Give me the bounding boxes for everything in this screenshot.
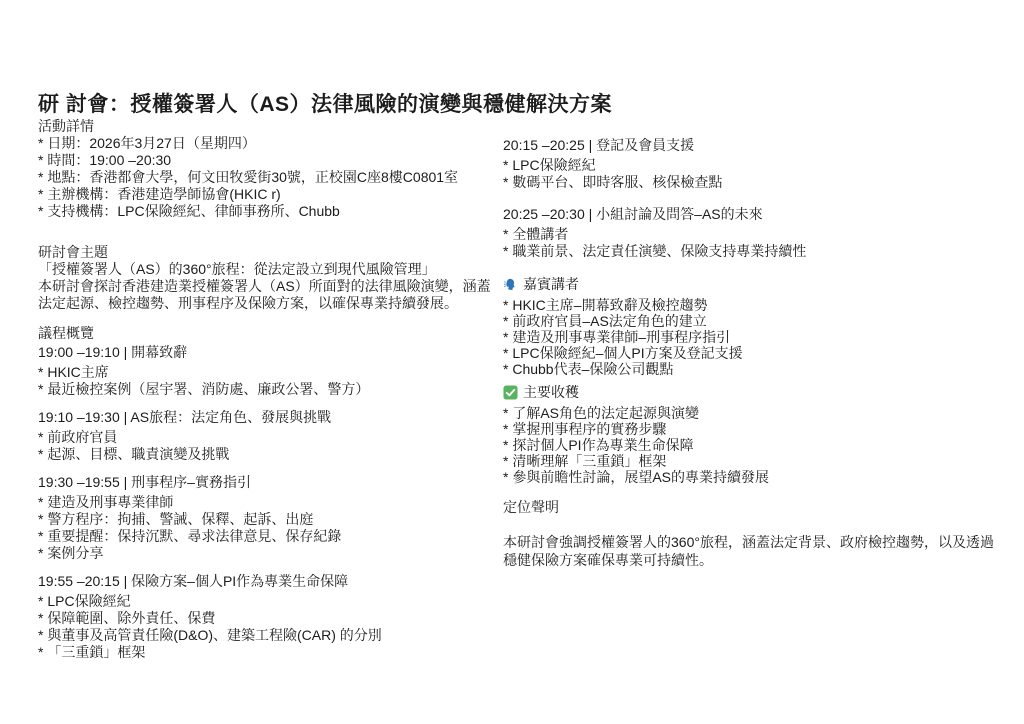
takeaway-item: * 清晰理解「三重鎖」框架: [503, 453, 981, 469]
takeaway-item: * 探討個人PI作為專業生命保障: [503, 437, 981, 453]
seminar-topic-heading: 研討會主題: [38, 244, 493, 261]
event-details-heading: 活動詳情: [38, 118, 493, 135]
takeaway-item: * 了解AS角色的法定起源與演變: [503, 405, 981, 421]
check-mark-icon: [503, 385, 518, 400]
session-bullet: * 重要提醒：保持沉默、尋求法律意見、保存紀錄: [38, 528, 493, 545]
session-title: 19:00 –19:10 | 開幕致辭: [38, 344, 493, 361]
session-bullet: * 建造及刑事專業律師: [38, 494, 493, 511]
session-bullet: * 與董事及高管責任險(D&O)、建築工程險(CAR) 的分別: [38, 627, 493, 644]
positioning-heading: 定位聲明: [503, 499, 981, 516]
session-title: 19:55 –20:15 | 保險方案–個人PI作為專業生命保障: [38, 573, 493, 590]
session-bullet: * 全體講者: [503, 226, 981, 243]
positioning-body: 本研討會強調授權簽署人的360°旅程，涵蓋法定背景、政府檢控趨勢，以及透過 穩健…: [503, 533, 981, 569]
positioning-statement-section: 定位聲明 本研討會強調授權簽署人的360°旅程，涵蓋法定背景、政府檢控趨勢，以及…: [503, 499, 981, 569]
seminar-flyer-page: 研 討會：授權簽署人（AS）法律風險的演變與穩健解決方案 活動詳情 * 日期：2…: [0, 0, 1024, 724]
event-detail-time: * 時間：19:00 –20:30: [38, 152, 493, 169]
right-column: 20:15 –20:25 | 登記及會員支援 * LPC保險經紀 * 數碼平台、…: [503, 137, 981, 569]
agenda-session-insurance: 19:55 –20:15 | 保險方案–個人PI作為專業生命保障 * LPC保險…: [38, 573, 493, 661]
session-bullet: * 警方程序：拘捕、警誡、保釋、起訴、出庭: [38, 511, 493, 528]
speaker-item: * LPC保險經紀–個人PI方案及登記支援: [503, 345, 981, 361]
session-bullet: * LPC保險經紀: [38, 593, 493, 610]
seminar-topic-section: 研討會主題 「授權簽署人（AS）的360°旅程：從法定設立到現代風險管理」 本研…: [38, 244, 493, 312]
seminar-topic-quote: 「授權簽署人（AS）的360°旅程：從法定設立到現代風險管理」: [38, 261, 493, 278]
positioning-body-line-1: 本研討會強調授權簽署人的360°旅程，涵蓋法定背景、政府檢控趨勢，以及透過: [503, 533, 981, 551]
session-bullet: * 最近檢控案例（屋宇署、消防處、廉政公署、警方）: [38, 381, 493, 398]
speaker-item: * Chubb代表–保險公司觀點: [503, 361, 981, 377]
agenda-section: 議程概覽 19:00 –19:10 | 開幕致辭 * HKIC主席 * 最近檢控…: [38, 325, 493, 661]
guest-speakers-section: 嘉賓講者 * HKIC主席–開幕致辭及檢控趨勢 * 前政府官員–AS法定角色的建…: [503, 276, 981, 377]
seminar-topic-desc-1: 本研討會探討香港建造業授權簽署人（AS）所面對的法律風險演變，涵蓋: [38, 278, 493, 295]
agenda-session-panel-qa: 20:25 –20:30 | 小組討論及問答–AS的未來 * 全體講者 * 職業…: [503, 206, 981, 260]
session-bullet: * 起源、目標、職責演變及挑戰: [38, 446, 493, 463]
session-bullet: * 職業前景、法定責任演變、保險支持專業持續性: [503, 243, 981, 260]
agenda-session-as-journey: 19:10 –19:30 | AS旅程：法定角色、發展與挑戰 * 前政府官員 *…: [38, 409, 493, 463]
agenda-session-opening: 19:00 –19:10 | 開幕致辭 * HKIC主席 * 最近檢控案例（屋宇…: [38, 344, 493, 398]
session-title: 20:15 –20:25 | 登記及會員支援: [503, 137, 981, 154]
page-title: 研 討會：授權簽署人（AS）法律風險的演變與穩健解決方案: [38, 88, 612, 118]
session-bullet: * 案例分享: [38, 545, 493, 562]
session-bullet: * 前政府官員: [38, 429, 493, 446]
speaker-item: * HKIC主席–開幕致辭及檢控趨勢: [503, 297, 981, 313]
left-column: 活動詳情 * 日期：2026年3月27日（星期四） * 時間：19:00 –20…: [38, 118, 493, 661]
speaker-item: * 建造及刑事專業律師–刑事程序指引: [503, 329, 981, 345]
guest-speakers-heading: 嘉賓講者: [523, 276, 579, 293]
event-detail-organizer: * 主辦機構：香港建造學師協會(HKIC r): [38, 186, 493, 203]
session-title: 19:10 –19:30 | AS旅程：法定角色、發展與挑戰: [38, 409, 493, 426]
event-detail-supporters: * 支持機構：LPC保險經紀、律師事務所、Chubb: [38, 203, 493, 220]
session-bullet: * 保障範圍、除外責任、保費: [38, 610, 493, 627]
session-bullet: * LPC保險經紀: [503, 157, 981, 174]
event-details-section: 活動詳情 * 日期：2026年3月27日（星期四） * 時間：19:00 –20…: [38, 118, 493, 220]
event-detail-venue: * 地點：香港都會大學，何文田牧愛街30號，正校園C座8樓C0801室: [38, 169, 493, 186]
event-detail-date: * 日期：2026年3月27日（星期四）: [38, 135, 493, 152]
session-title: 20:25 –20:30 | 小組討論及問答–AS的未來: [503, 206, 981, 223]
positioning-body-line-2: 穩健保險方案確保專業可持續性。: [503, 551, 981, 569]
key-takeaways-heading: 主要收穫: [523, 384, 579, 401]
speaking-head-icon: [503, 277, 518, 292]
speaker-item: * 前政府官員–AS法定角色的建立: [503, 313, 981, 329]
key-takeaways-section: 主要收穫 * 了解AS角色的法定起源與演變 * 掌握刑事程序的實務步驟 * 探討…: [503, 384, 981, 485]
agenda-heading: 議程概覽: [38, 325, 493, 342]
session-bullet: * HKIC主席: [38, 364, 493, 381]
agenda-session-criminal-procedure: 19:30 –19:55 | 刑事程序–實務指引 * 建造及刑事專業律師 * 警…: [38, 474, 493, 562]
takeaway-item: * 掌握刑事程序的實務步驟: [503, 421, 981, 437]
session-bullet: * 「三重鎖」框架: [38, 644, 493, 661]
session-title: 19:30 –19:55 | 刑事程序–實務指引: [38, 474, 493, 491]
session-bullet: * 數碼平台、即時客服、核保檢查點: [503, 174, 981, 191]
seminar-topic-desc-2: 法定起源、檢控趨勢、刑事程序及保險方案，以確保專業持續發展。: [38, 295, 493, 312]
takeaway-item: * 參與前瞻性討論，展望AS的專業持續發展: [503, 469, 981, 485]
agenda-session-registration: 20:15 –20:25 | 登記及會員支援 * LPC保險經紀 * 數碼平台、…: [503, 137, 981, 191]
